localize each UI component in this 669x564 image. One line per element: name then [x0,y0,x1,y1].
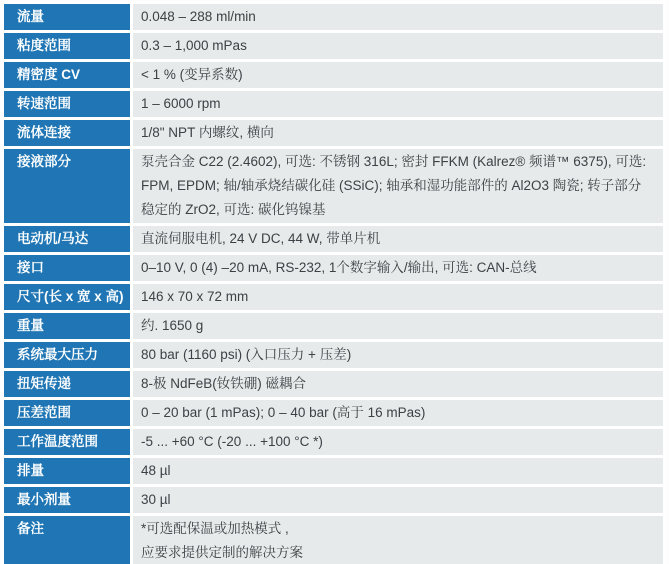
spec-label: 流体连接 [4,120,130,146]
table-row: 电动机/马达 直流伺服电机, 24 V DC, 44 W, 带单片机 [4,226,663,252]
spec-value: 48 µl [133,458,663,484]
table-row: 排量 48 µl [4,458,663,484]
spec-label: 压差范围 [4,400,130,426]
spec-label: 备注 [4,516,130,564]
spec-label: 转速范围 [4,91,130,117]
spec-value: -5 ... +60 °C (-20 ... +100 °C *) [133,429,663,455]
table-row: 流体连接 1/8" NPT 内螺纹, 横向 [4,120,663,146]
spec-label: 扭矩传递 [4,371,130,397]
spec-value: 80 bar (1160 psi) (入口压力 + 压差) [133,342,663,368]
spec-label: 接液部分 [4,149,130,223]
spec-value: 30 µl [133,487,663,513]
spec-table: 流量 0.048 – 288 ml/min 粘度范围 0.3 – 1,000 m… [1,1,666,564]
table-row: 流量 0.048 – 288 ml/min [4,4,663,30]
spec-value: 1/8" NPT 内螺纹, 横向 [133,120,663,146]
spec-label: 系统最大压力 [4,342,130,368]
spec-label: 粘度范围 [4,33,130,59]
spec-value: *可选配保温或加热模式 , 应要求提供定制的解决方案 [133,516,663,564]
spec-label: 最小剂量 [4,487,130,513]
table-row: 尺寸(长 x 宽 x 高) 146 x 70 x 72 mm [4,284,663,310]
spec-value: 泵壳合金 C22 (2.4602), 可选: 不锈钢 316L; 密封 FFKM… [133,149,663,223]
spec-label: 重量 [4,313,130,339]
table-row: 重量 约. 1650 g [4,313,663,339]
table-row: 压差范围 0 – 20 bar (1 mPas); 0 – 40 bar (高于… [4,400,663,426]
spec-label: 精密度 CV [4,62,130,88]
spec-label: 接口 [4,255,130,281]
spec-value: 8-极 NdFeB(钕铁硼) 磁耦合 [133,371,663,397]
table-row: 最小剂量 30 µl [4,487,663,513]
table-row: 接口 0–10 V, 0 (4) –20 mA, RS-232, 1个数字输入/… [4,255,663,281]
spec-value: 0–10 V, 0 (4) –20 mA, RS-232, 1个数字输入/输出,… [133,255,663,281]
table-row: 粘度范围 0.3 – 1,000 mPas [4,33,663,59]
table-row: 转速范围 1 – 6000 rpm [4,91,663,117]
spec-value: 1 – 6000 rpm [133,91,663,117]
spec-value: 直流伺服电机, 24 V DC, 44 W, 带单片机 [133,226,663,252]
table-row: 工作温度范围 -5 ... +60 °C (-20 ... +100 °C *) [4,429,663,455]
spec-value: 0.3 – 1,000 mPas [133,33,663,59]
spec-value: 约. 1650 g [133,313,663,339]
spec-label: 流量 [4,4,130,30]
table-row: 接液部分 泵壳合金 C22 (2.4602), 可选: 不锈钢 316L; 密封… [4,149,663,223]
spec-label: 尺寸(长 x 宽 x 高) [4,284,130,310]
spec-value: 0 – 20 bar (1 mPas); 0 – 40 bar (高于 16 m… [133,400,663,426]
table-row: 精密度 CV < 1 % (变异系数) [4,62,663,88]
spec-label: 工作温度范围 [4,429,130,455]
table-row: 备注 *可选配保温或加热模式 , 应要求提供定制的解决方案 [4,516,663,564]
spec-value: < 1 % (变异系数) [133,62,663,88]
table-row: 系统最大压力 80 bar (1160 psi) (入口压力 + 压差) [4,342,663,368]
spec-value: 146 x 70 x 72 mm [133,284,663,310]
spec-table-body: 流量 0.048 – 288 ml/min 粘度范围 0.3 – 1,000 m… [4,4,663,564]
spec-value: 0.048 – 288 ml/min [133,4,663,30]
table-row: 扭矩传递 8-极 NdFeB(钕铁硼) 磁耦合 [4,371,663,397]
spec-label: 排量 [4,458,130,484]
spec-label: 电动机/马达 [4,226,130,252]
